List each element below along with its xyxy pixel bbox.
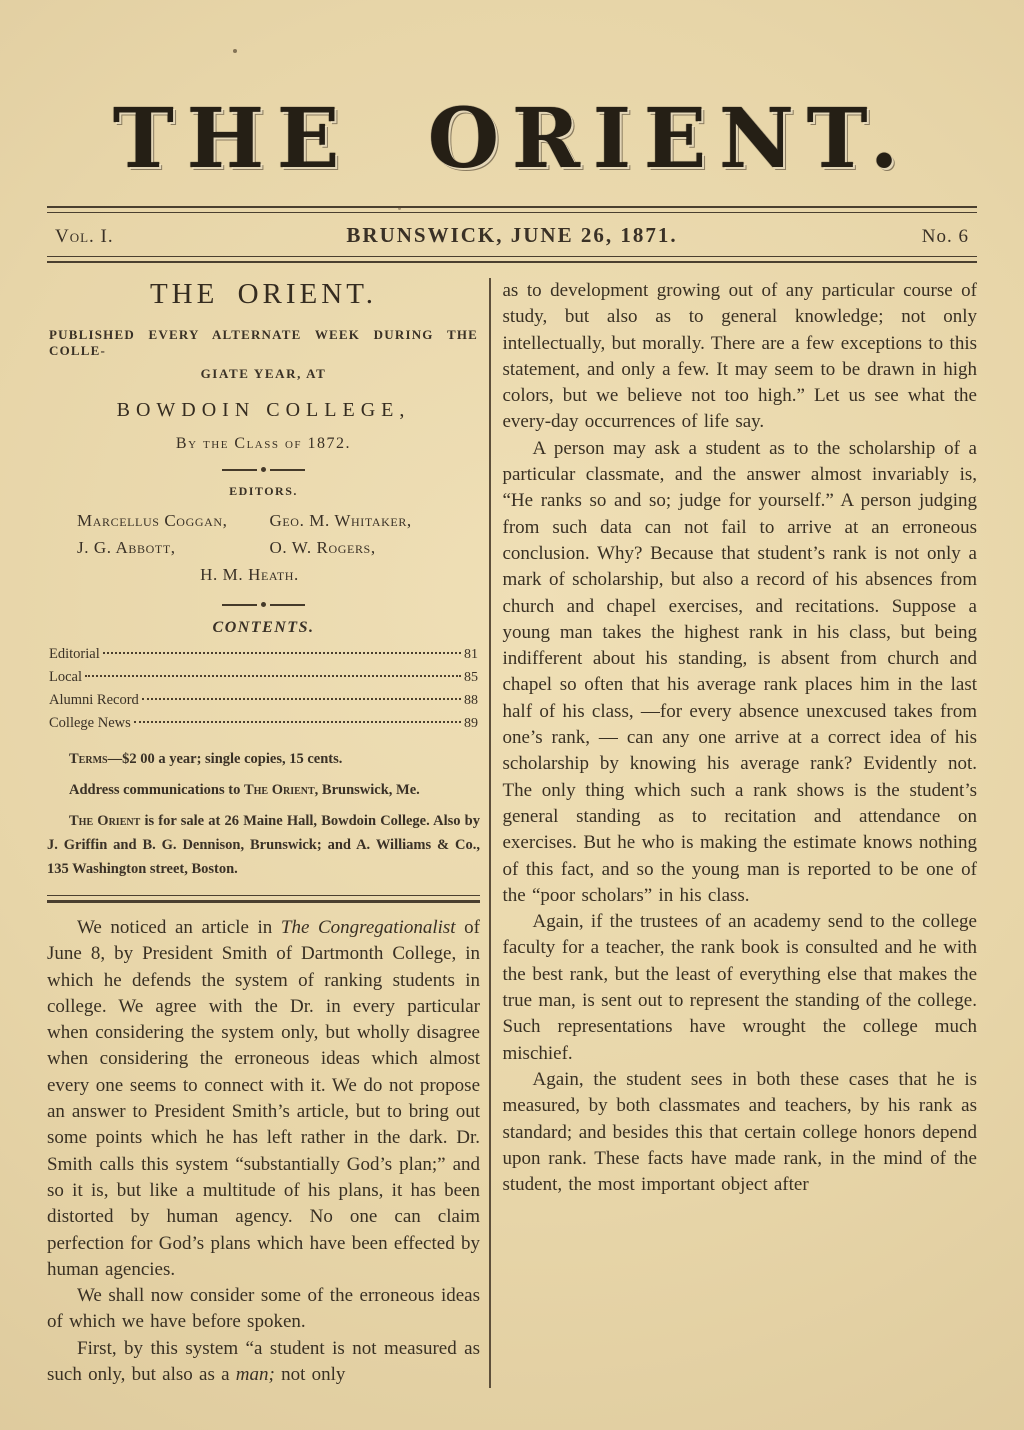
toc-dot-leader: [142, 698, 461, 700]
section-divider-ornament: [47, 602, 480, 607]
paragraph-text: not only: [275, 1364, 346, 1385]
article-paragraph: A person may ask a student as to the sch…: [503, 436, 978, 909]
masthead-title: THE ORIENT.: [0, 98, 1024, 180]
editor-name: O. W. Rogers,: [270, 534, 463, 561]
editor-name: H. M. Heath.: [77, 561, 462, 588]
terms-text: —$2 00 a year; single copies, 15 cents.: [108, 751, 343, 767]
editor-name: Geo. M. Whitaker,: [270, 507, 463, 534]
left-column: THE ORIENT. PUBLISHED EVERY ALTERNATE WE…: [47, 276, 480, 1388]
ornament-line: [270, 469, 305, 471]
italic-word: man;: [236, 1364, 275, 1385]
volume-label: Vol. I.: [55, 226, 235, 248]
article-left-column: We noticed an article in The Congregatio…: [47, 915, 480, 1388]
dateline: Vol. I. BRUNSWICK, JUNE 26, 1871. No. 6: [55, 223, 969, 248]
article-paragraph: Again, if the trustees of an academy sen…: [503, 909, 978, 1067]
toc-row-college-news: College News 89: [49, 712, 478, 735]
article-paragraph: We shall now consider some of the errone…: [47, 1283, 480, 1336]
ornament-dot: [261, 467, 266, 472]
published-line-2: GIATE YEAR, AT: [47, 366, 480, 382]
paragraph-text: of June 8, by President Smith of Dartmon…: [47, 917, 480, 1280]
editor-name: Marcellus Coggan,: [77, 507, 270, 534]
published-line-1: PUBLISHED EVERY ALTERNATE WEEK DURING TH…: [49, 327, 478, 359]
address-text: Address communications to: [69, 782, 244, 798]
toc-label: Local: [49, 666, 82, 689]
ornament-line: [222, 604, 257, 606]
italic-citation: The Congregationalist: [281, 917, 456, 938]
ornament-line: [222, 469, 257, 471]
toc-row-local: Local 85: [49, 666, 478, 689]
class-line: By the Class of 1872.: [47, 435, 480, 453]
terms-label: Terms: [69, 751, 108, 767]
editor-name: J. G. Abbott,: [77, 534, 270, 561]
prospectus: THE ORIENT. PUBLISHED EVERY ALTERNATE WE…: [47, 278, 480, 881]
college-name: BOWDOIN COLLEGE,: [47, 399, 480, 422]
toc-page-number: 85: [464, 666, 478, 689]
editors-list: Marcellus Coggan, Geo. M. Whitaker, J. G…: [47, 507, 480, 588]
article-paragraph-continuation: as to development growing out of any par…: [503, 278, 978, 436]
double-rule-article-start: [47, 895, 480, 903]
address-text: , Brunswick, Me.: [315, 782, 420, 798]
table-of-contents: Editorial 81 Local 85 Alumni Record 88 C…: [49, 643, 478, 735]
toc-label: Editorial: [49, 643, 100, 666]
double-rule-under-dateline: [47, 256, 977, 263]
article-right-column: as to development growing out of any par…: [503, 278, 978, 1198]
paragraph-text: We noticed an article in: [77, 917, 281, 938]
contents-heading: CONTENTS.: [47, 619, 480, 637]
toc-dot-leader: [85, 675, 461, 677]
toc-row-editorial: Editorial 81: [49, 643, 478, 666]
paper-name: The Orient: [69, 813, 140, 829]
double-rule-top: [47, 206, 977, 213]
scan-speck: [398, 207, 401, 210]
page-columns: THE ORIENT. PUBLISHED EVERY ALTERNATE WE…: [47, 276, 977, 1388]
issue-label: No. 6: [789, 226, 969, 248]
for-sale-line: The Orient is for sale at 26 Maine Hall,…: [47, 809, 480, 881]
toc-page-number: 81: [464, 643, 478, 666]
newspaper-page: { "colors": { "paper": "#e7d5a8", "ink":…: [0, 0, 1024, 1430]
paper-name: The Orient: [244, 782, 315, 798]
scan-speck: [233, 49, 237, 53]
ornament-dot: [261, 602, 266, 607]
toc-dot-leader: [103, 652, 461, 654]
toc-page-number: 88: [464, 689, 478, 712]
toc-dot-leader: [134, 721, 461, 723]
toc-page-number: 89: [464, 712, 478, 735]
article-paragraph: We noticed an article in The Congregatio…: [47, 915, 480, 1283]
masthead: THE ORIENT.: [0, 0, 1024, 180]
article-paragraph: Again, the student sees in both these ca…: [503, 1067, 978, 1198]
paper-title: THE ORIENT.: [47, 278, 480, 311]
article-paragraph: First, by this system “a student is not …: [47, 1336, 480, 1389]
toc-row-alumni-record: Alumni Record 88: [49, 689, 478, 712]
editors-heading: EDITORS.: [47, 484, 480, 499]
terms-line: Terms—$2 00 a year; single copies, 15 ce…: [47, 747, 480, 771]
dateline-center: BRUNSWICK, JUNE 26, 1871.: [235, 223, 789, 248]
address-line: Address communications to The Orient, Br…: [47, 778, 480, 802]
column-divider: [489, 278, 491, 1388]
toc-label: Alumni Record: [49, 689, 139, 712]
ornament-line: [270, 604, 305, 606]
subscription-info: Terms—$2 00 a year; single copies, 15 ce…: [47, 747, 480, 881]
right-column: as to development growing out of any par…: [496, 276, 978, 1388]
section-divider-ornament: [47, 467, 480, 472]
toc-label: College News: [49, 712, 131, 735]
